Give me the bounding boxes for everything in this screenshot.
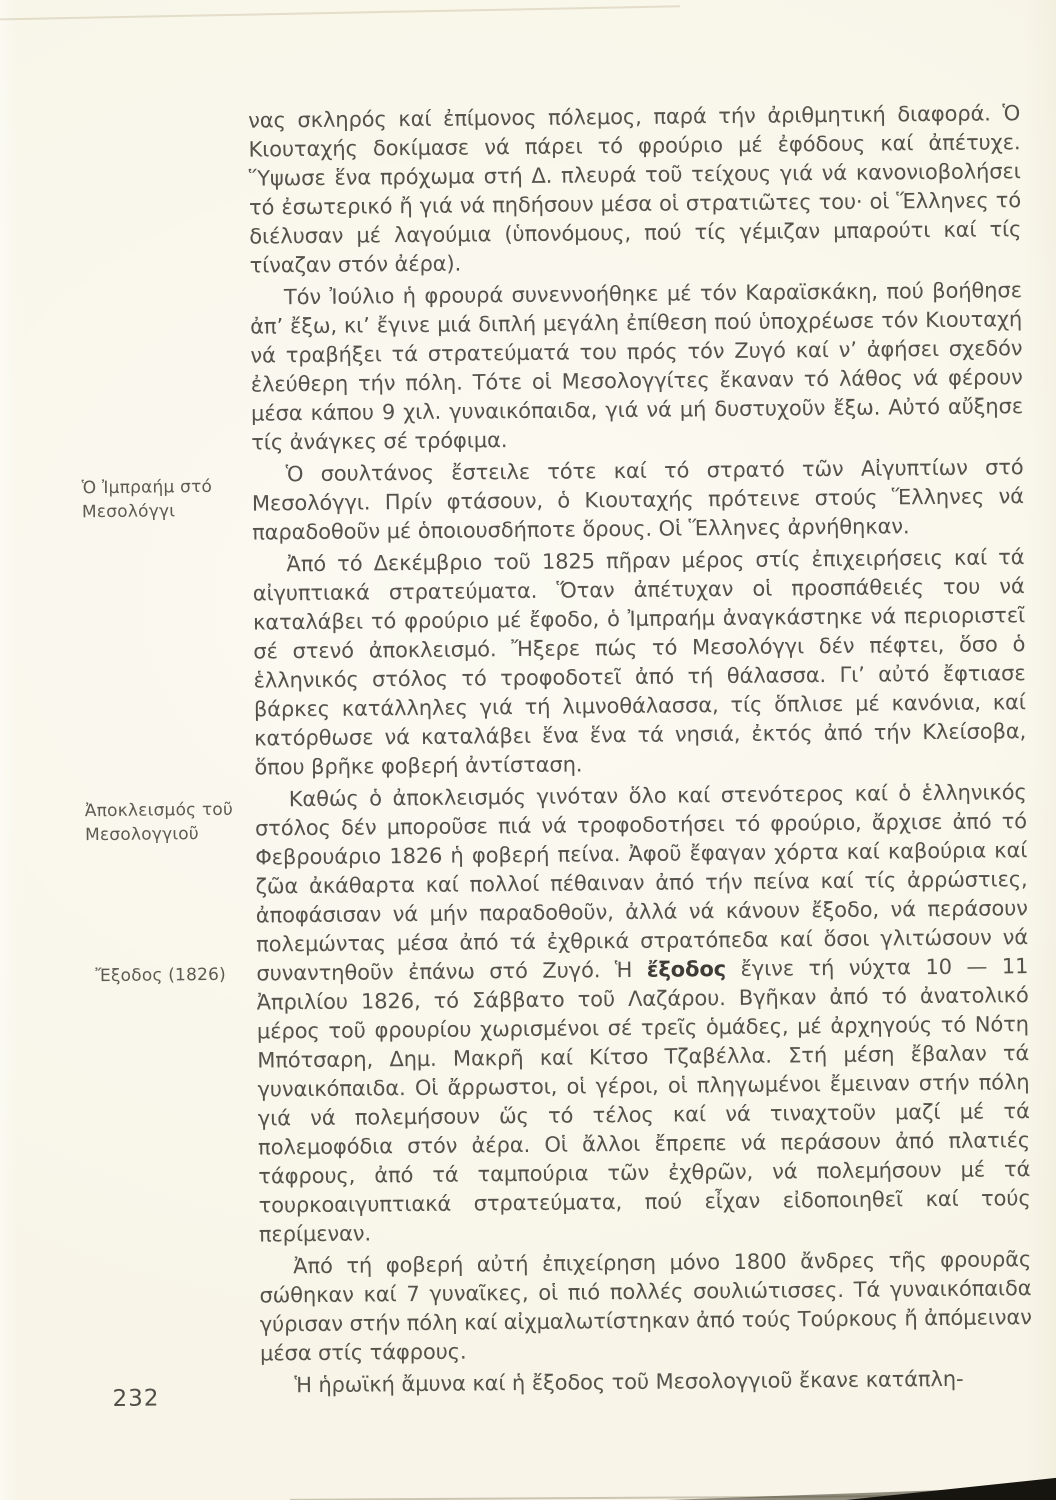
- book-page: Ὁ Ἰμπραήμ στό Μεσολόγγι Ἀποκλεισμός τοῦ …: [0, 0, 1056, 1500]
- paragraph-text: Ἡ ἡρωϊκή ἄμυνα καί ἡ ἔξοδος τοῦ Μεσολογγ…: [294, 1367, 963, 1397]
- paragraph-december-1825-blockade: Ἀπό τό Δεκέμβριο τοῦ 1825 πῆραν μέρος στ…: [252, 543, 1026, 782]
- paragraph-siege-continuation: νας σκληρός καί ἐπίμονος πόλεμος, παρά τ…: [248, 99, 1022, 280]
- page-content: Ὁ Ἰμπραήμ στό Μεσολόγγι Ἀποκλεισμός τοῦ …: [0, 0, 1056, 1500]
- margin-note-ibrahim-at-messolonghi: Ὁ Ἰμπραήμ στό Μεσολόγγι: [82, 474, 267, 524]
- page-number: 232: [112, 1385, 159, 1411]
- bold-term-exodos: ἔξοδος: [647, 957, 726, 982]
- paragraph-text: Τόν Ἰούλιο ἡ φρουρά συνεννοήθηκε μέ τόν …: [250, 278, 1023, 454]
- paragraph-text: Ἀπό τό Δεκέμβριο τοῦ 1825 πῆραν μέρος στ…: [253, 545, 1027, 779]
- main-text-column: νας σκληρός καί ἐπίμονος πόλεμος, παρά τ…: [248, 99, 1032, 1403]
- paragraph-sultan-egyptian-army: Ὁ σουλτάνος ἔστειλε τότε καί τό στρατό τ…: [251, 453, 1024, 547]
- paragraph-survivors: Ἀπό τή φοβερή αὐτή ἐπιχείρηση μόνο 1800 …: [259, 1245, 1032, 1368]
- paragraph-heroic-defense: Ἡ ἡρωϊκή ἄμυνα καί ἡ ἔξοδος τοῦ Μεσολογγ…: [260, 1364, 1032, 1400]
- paragraph-famine-and-exodus: Καθώς ὁ ἀποκλεισμός γινόταν ὅλο καί στεν…: [255, 778, 1031, 1249]
- paragraph-text: Ἀπό τή φοβερή αὐτή ἐπιχείρηση μόνο 1800 …: [259, 1247, 1031, 1365]
- margin-note-blockade-of-messolonghi: Ἀποκλεισμός τοῦ Μεσολογγιοῦ: [85, 797, 270, 847]
- paragraph-text: ἔγινε τή νύχτα 10 — 11 Ἀπριλίου 1826, τό…: [257, 954, 1031, 1246]
- paragraph-july-sortie: Τόν Ἰούλιο ἡ φρουρά συνεννοήθηκε μέ τόν …: [250, 276, 1024, 457]
- paragraph-text: νας σκληρός καί ἐπίμονος πόλεμος, παρά τ…: [248, 101, 1021, 277]
- paragraph-text: Ὁ σουλτάνος ἔστειλε τότε καί τό στρατό τ…: [252, 455, 1024, 544]
